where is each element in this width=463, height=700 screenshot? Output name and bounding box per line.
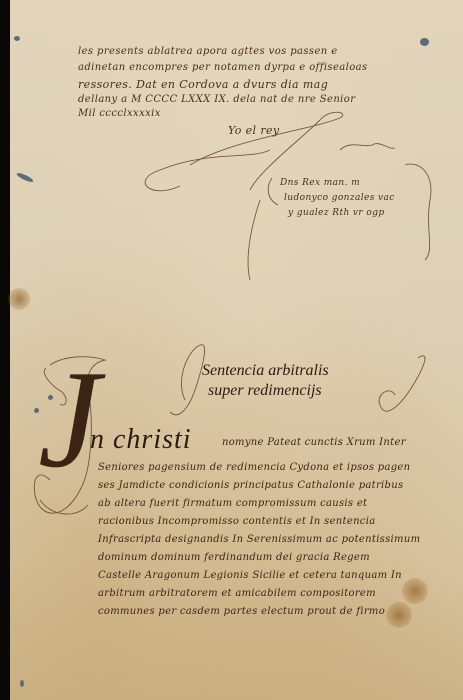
text-line: racionibus Incompromisso contentis et In…: [98, 516, 375, 527]
rubric-title-line2: super redimencijs: [208, 382, 322, 400]
text-line: Infrascripta designandis In Serenissimum…: [98, 534, 420, 545]
rubric-title-line1: Sentencia arbitralis: [202, 362, 329, 380]
manuscript-page: les presents ablatrea apora agttes vos p…: [10, 0, 463, 700]
text-line: nomyne Pateat cunctis Xrum Inter: [222, 437, 406, 448]
text-line: arbitrum arbitratorem et amicabilem comp…: [98, 588, 376, 599]
text-line: dominum dominum ferdinandum dei gracia R…: [98, 552, 370, 563]
text-line: Seniores pagensium de redimencia Cydona …: [98, 462, 410, 473]
text-line: communes per casdem partes electum prout…: [98, 606, 385, 617]
text-line: ses Jamdicte condicionis principatus Cat…: [98, 480, 403, 491]
text-line: Castelle Aragonum Legionis Sicilie et ce…: [98, 570, 402, 581]
incipit: n christi: [90, 424, 192, 456]
decorated-initial: J: [38, 350, 100, 490]
text-line: ab altera fuerit firmatum compromissum c…: [98, 498, 367, 509]
